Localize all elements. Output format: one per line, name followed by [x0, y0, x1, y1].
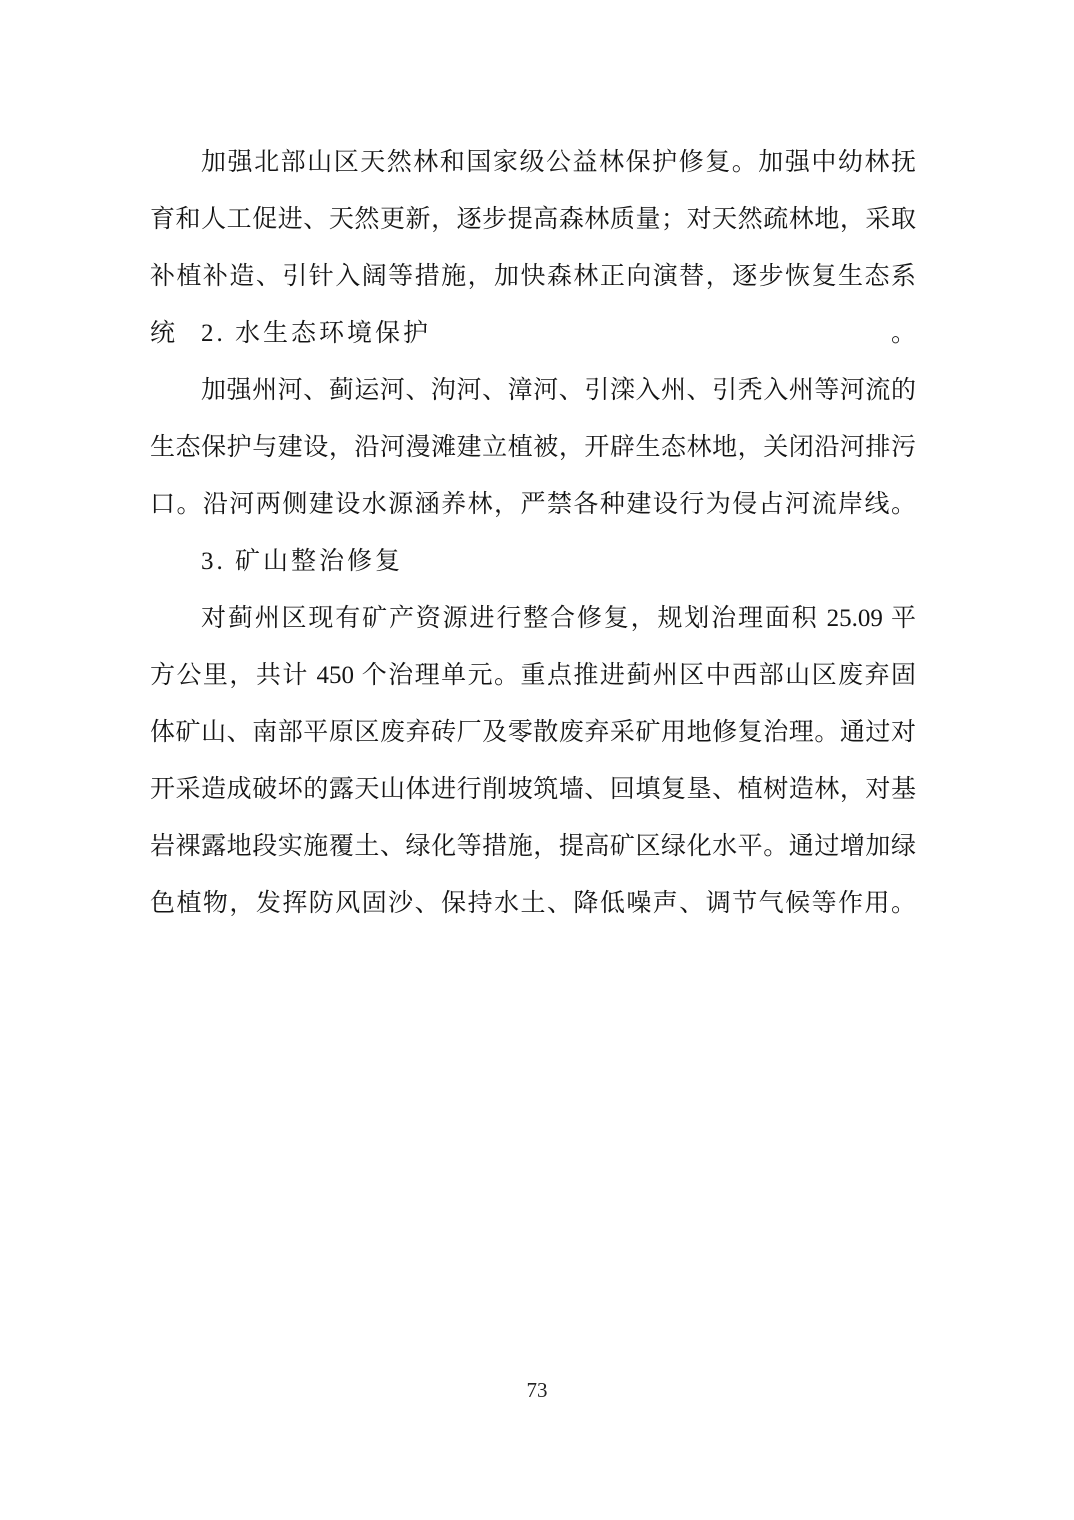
text-line: 色植物，发挥防风固沙、保持水土、降低噪声、调节气候等作用。: [150, 875, 916, 932]
text-line: 对蓟州区现有矿产资源进行整合修复，规划治理面积 25.09 平: [150, 590, 916, 647]
document-page: 加强北部山区天然林和国家级公益林保护修复。加强中幼林抚育和人工促进、天然更新，逐…: [0, 0, 1074, 1520]
page-number: 73: [527, 1378, 548, 1402]
text-line: 口。沿河两侧建设水源涵养林，严禁各种建设行为侵占河流岸线。: [150, 476, 916, 533]
page-footer: 73: [0, 1376, 1074, 1404]
text-block: 加强北部山区天然林和国家级公益林保护修复。加强中幼林抚育和人工促进、天然更新，逐…: [150, 134, 916, 932]
text-line: 方公里，共计 450 个治理单元。重点推进蓟州区中西部山区废弃固: [150, 647, 916, 704]
text-line: 开采造成破坏的露天山体进行削坡筑墙、回填复垦、植树造林，对基: [150, 761, 916, 818]
text-line: 岩裸露地段实施覆土、绿化等措施，提高矿区绿化水平。通过增加绿: [150, 818, 916, 875]
text-line: 加强州河、蓟运河、泃河、漳河、引滦入州、引秃入州等河流的: [150, 362, 916, 419]
text-line: 加强北部山区天然林和国家级公益林保护修复。加强中幼林抚: [150, 134, 916, 191]
text-line: 生态保护与建设，沿河漫滩建立植被，开辟生态林地，关闭沿河排污: [150, 419, 916, 476]
text-line: 补植补造、引针入阔等措施，加快森林正向演替，逐步恢复生态系统。: [150, 248, 916, 305]
text-line: 体矿山、南部平原区废弃砖厂及零散废弃采矿用地修复治理。通过对: [150, 704, 916, 761]
text-line: 育和人工促进、天然更新，逐步提高森林质量；对天然疏林地，采取: [150, 191, 916, 248]
text-line: 3. 矿山整治修复: [150, 533, 916, 590]
